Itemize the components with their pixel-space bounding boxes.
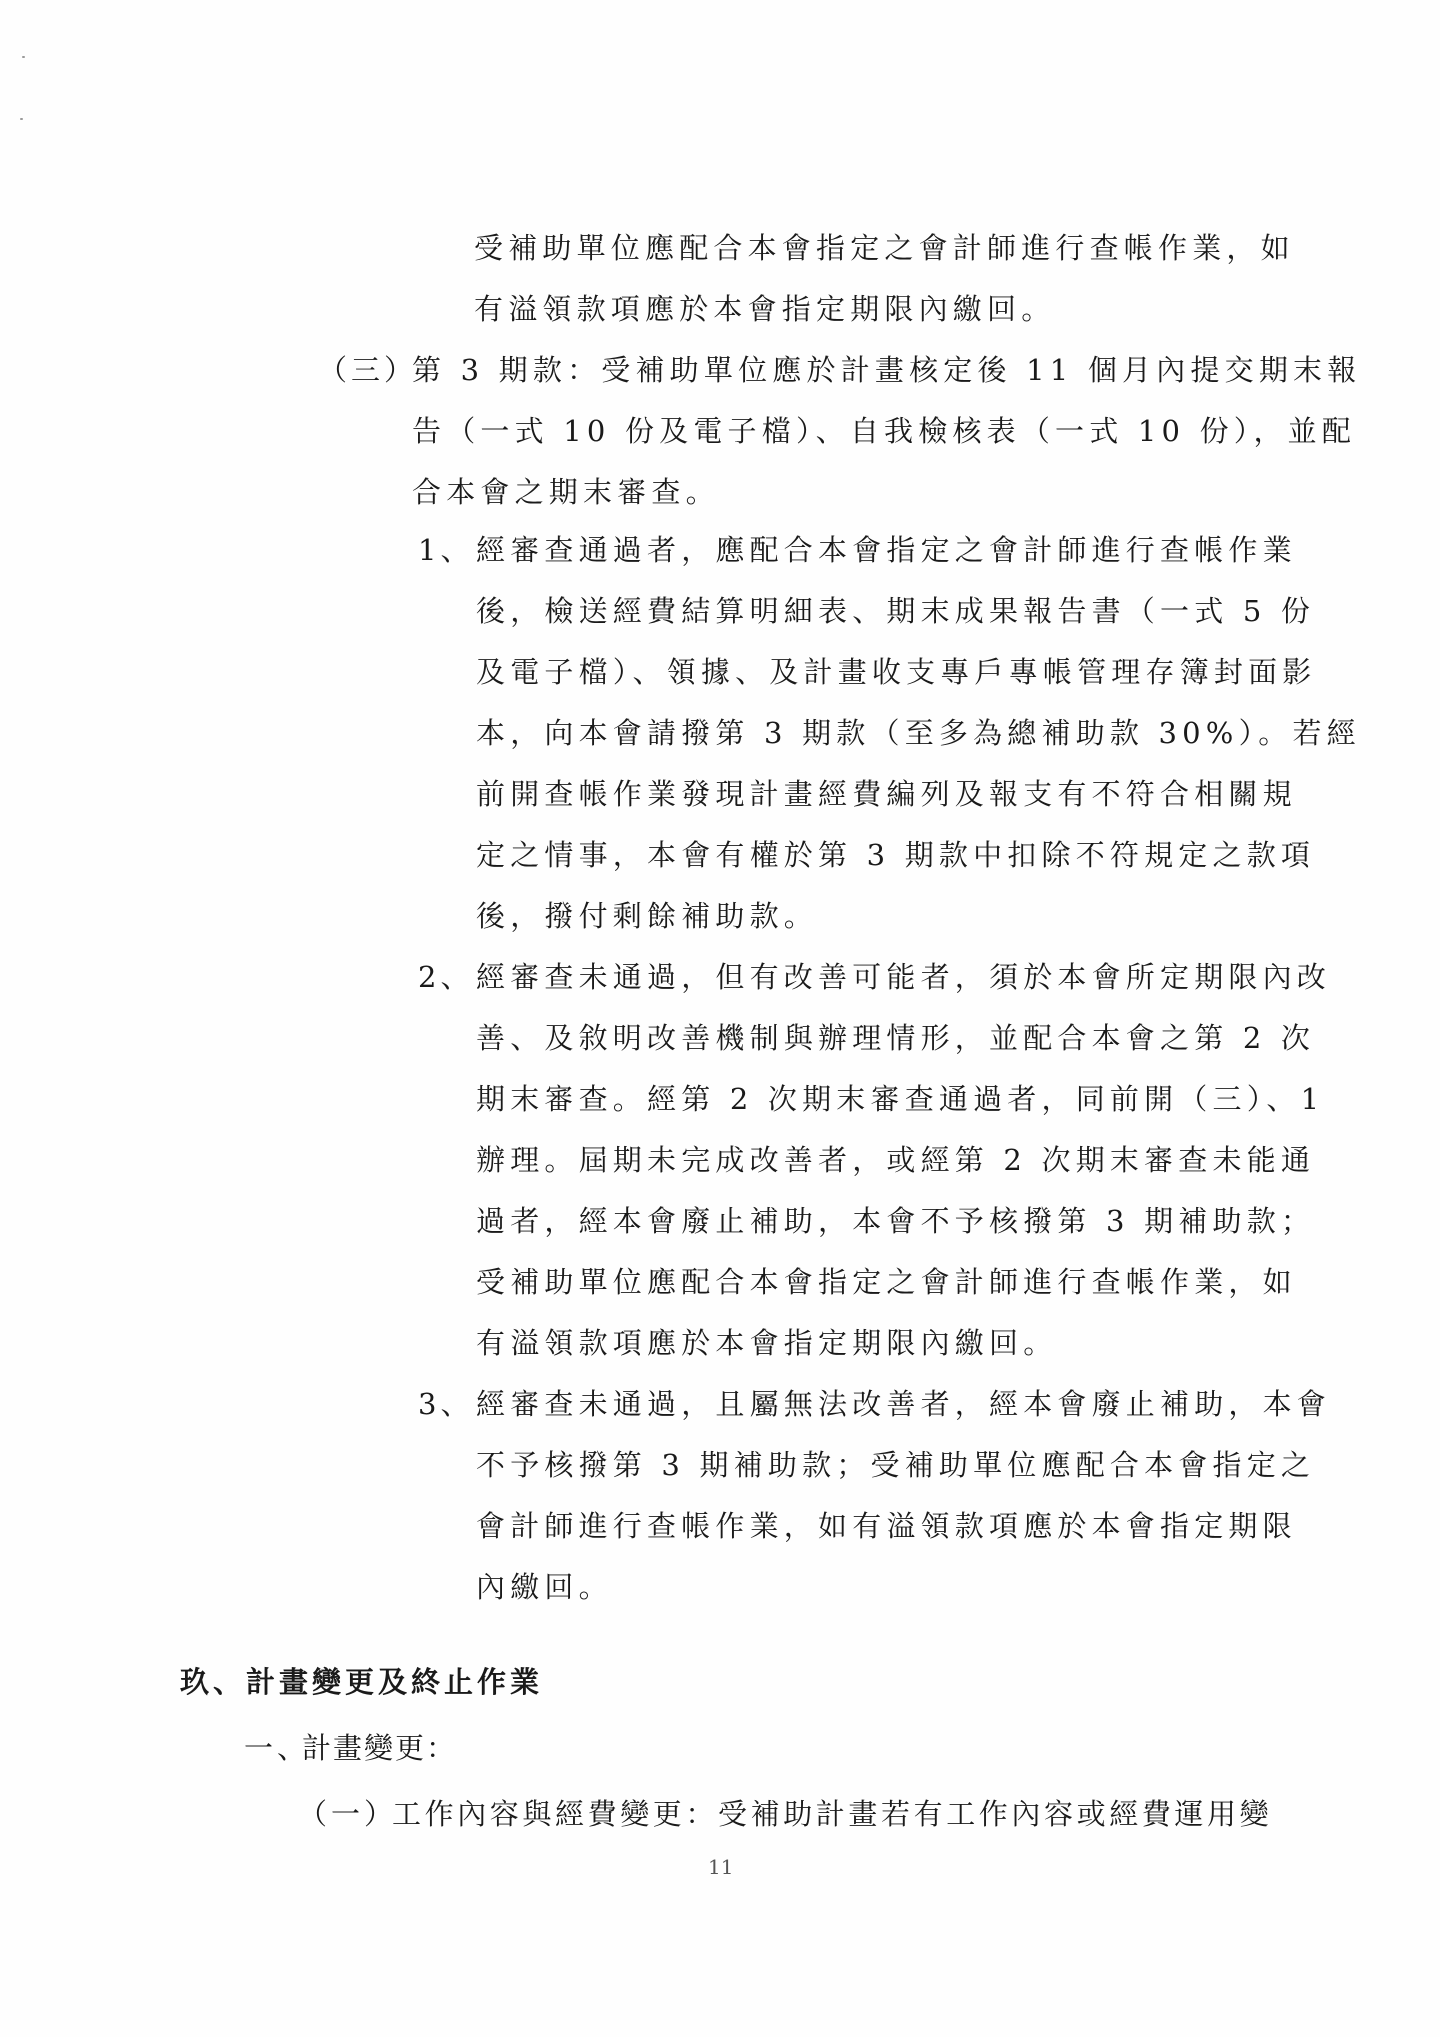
item-number: 2、 (418, 959, 473, 995)
paragraph-line: 本，向本會請撥第 3 期款（至多為總補助款 30%）。若經 (476, 715, 1361, 751)
paragraph-line: 有溢領款項應於本會指定期限內繳回。 (474, 291, 1055, 327)
paragraph-line: 過者，經本會廢止補助，本會不予核撥第 3 期補助款； (476, 1203, 1315, 1239)
subsection-label: （一） (298, 1796, 397, 1832)
item-number: 1、 (418, 532, 473, 568)
paragraph-line: 經審查通過者，應配合本會指定之會計師進行查帳作業 (476, 532, 1297, 568)
paragraph-line: 受補助單位應配合本會指定之會計師進行查帳作業，如 (474, 230, 1295, 266)
paragraph-line: 工作內容與經費變更：受補助計畫若有工作內容或經費運用變 (392, 1796, 1272, 1832)
paragraph-line: 辦理。屆期未完成改善者，或經第 2 次期末審查未能通 (476, 1142, 1315, 1178)
paragraph-line: 會計師進行查帳作業，如有溢領款項應於本會指定期限 (476, 1508, 1297, 1544)
scan-speck (20, 118, 23, 120)
item-number: 3、 (418, 1386, 473, 1422)
paragraph-line: 期末審查。經第 2 次期末審查通過者，同前開（三）、1 (476, 1081, 1324, 1117)
paragraph-line: 內繳回。 (476, 1569, 613, 1605)
paragraph-line: 有溢領款項應於本會指定期限內繳回。 (476, 1325, 1057, 1361)
paragraph-line: 不予核撥第 3 期補助款；受補助單位應配合本會指定之 (476, 1447, 1315, 1483)
subsection-title: 計畫變更： (302, 1730, 457, 1766)
section-label: （三） (318, 352, 417, 388)
chapter-heading: 玖、計畫變更及終止作業 (180, 1664, 543, 1700)
paragraph-line: 經審查未通過，且屬無法改善者，經本會廢止補助，本會 (476, 1386, 1331, 1422)
page-number: 11 (708, 1855, 733, 1879)
paragraph-line: 定之情事，本會有權於第 3 期款中扣除不符規定之款項 (476, 837, 1315, 873)
paragraph-line: 前開查帳作業發現計畫經費編列及報支有不符合相關規 (476, 776, 1297, 812)
scan-speck (22, 56, 25, 58)
paragraph-line: 合本會之期末審查。 (412, 474, 720, 510)
paragraph-line: 善、及敘明改善機制與辦理情形，並配合本會之第 2 次 (476, 1020, 1315, 1056)
paragraph-line: 第 3 期款：受補助單位應於計畫核定後 11 個月內提交期末報 (412, 352, 1361, 388)
paragraph-line: 後，檢送經費結算明細表、期末成果報告書（一式 5 份 (476, 593, 1315, 629)
paragraph-line: 告（一式 10 份及電子檔）、自我檢核表（一式 10 份），並配 (412, 413, 1356, 449)
paragraph-line: 經審查未通過，但有改善可能者，須於本會所定期限內改 (476, 959, 1331, 995)
paragraph-line: 受補助單位應配合本會指定之會計師進行查帳作業，如 (476, 1264, 1297, 1300)
subsection-label: 一、 (244, 1730, 310, 1766)
document-page: 受補助單位應配合本會指定之會計師進行查帳作業，如 有溢領款項應於本會指定期限內繳… (0, 0, 1440, 2037)
paragraph-line: 及電子檔）、領據、及計畫收支專戶專帳管理存簿封面影 (476, 654, 1317, 690)
paragraph-line: 後，撥付剩餘補助款。 (476, 898, 818, 934)
